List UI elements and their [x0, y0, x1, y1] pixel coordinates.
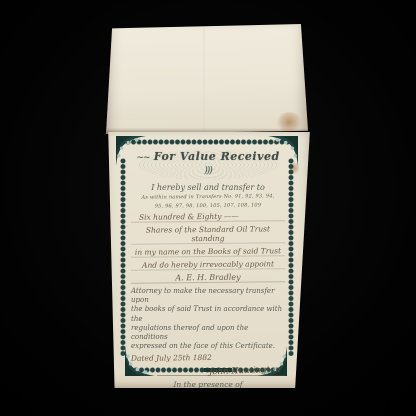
flap-crease: [203, 28, 205, 131]
handwritten-transfer-numbers-2: 95, 96, 97, 98, 100, 105, 107, 108, 109: [131, 202, 285, 211]
guilloche-engraving: [139, 150, 277, 180]
foxing-stain: [276, 112, 302, 132]
body-line: the books of said Trust in accordance wi…: [131, 305, 285, 323]
handwritten-shares-line-1: Shares of the Standard Oil Trust standin…: [131, 224, 285, 245]
printed-body-paragraph: Attorney to make the necessary transfer …: [131, 287, 285, 351]
body-line: Attorney to make the necessary transfer …: [131, 287, 285, 305]
witness-signature: George D. Rogers: [131, 388, 285, 402]
body-line: expressed on the face of this Certificat…: [131, 342, 285, 351]
signature-block: John Huntington: [131, 363, 285, 377]
dated-line: Dated July 25th 1882: [131, 353, 285, 364]
border-chain-right: [288, 158, 294, 356]
border-chain-left: [120, 158, 126, 356]
body-line: regulations thereof and upon the conditi…: [131, 324, 285, 342]
certificate-title-row: ~~ For Value Received ))): [131, 150, 285, 176]
handwritten-shares-line-2: in my name on the Books of said Trust: [131, 246, 285, 258]
photo-background: ~~ For Value Received ))) I hereby sell …: [0, 0, 416, 416]
handwritten-attorney-name: A. E. H. Bradley: [131, 272, 285, 284]
folded-flap: [106, 24, 308, 134]
certificate-sheet: ~~ For Value Received ))) I hereby sell …: [103, 132, 313, 388]
opening-line: I hereby sell and transfer to: [131, 183, 285, 192]
handwritten-share-amount: Six hundred & Eighty ——: [131, 211, 285, 223]
certificate-content: ~~ For Value Received ))) I hereby sell …: [131, 144, 285, 368]
handwritten-appoint-line: And do hereby irrevocably appoint: [131, 259, 285, 271]
handwritten-transfer-numbers-1: As within named in Transfers No. 91, 92,…: [131, 193, 285, 202]
witness-label: In the presence of: [131, 380, 285, 389]
